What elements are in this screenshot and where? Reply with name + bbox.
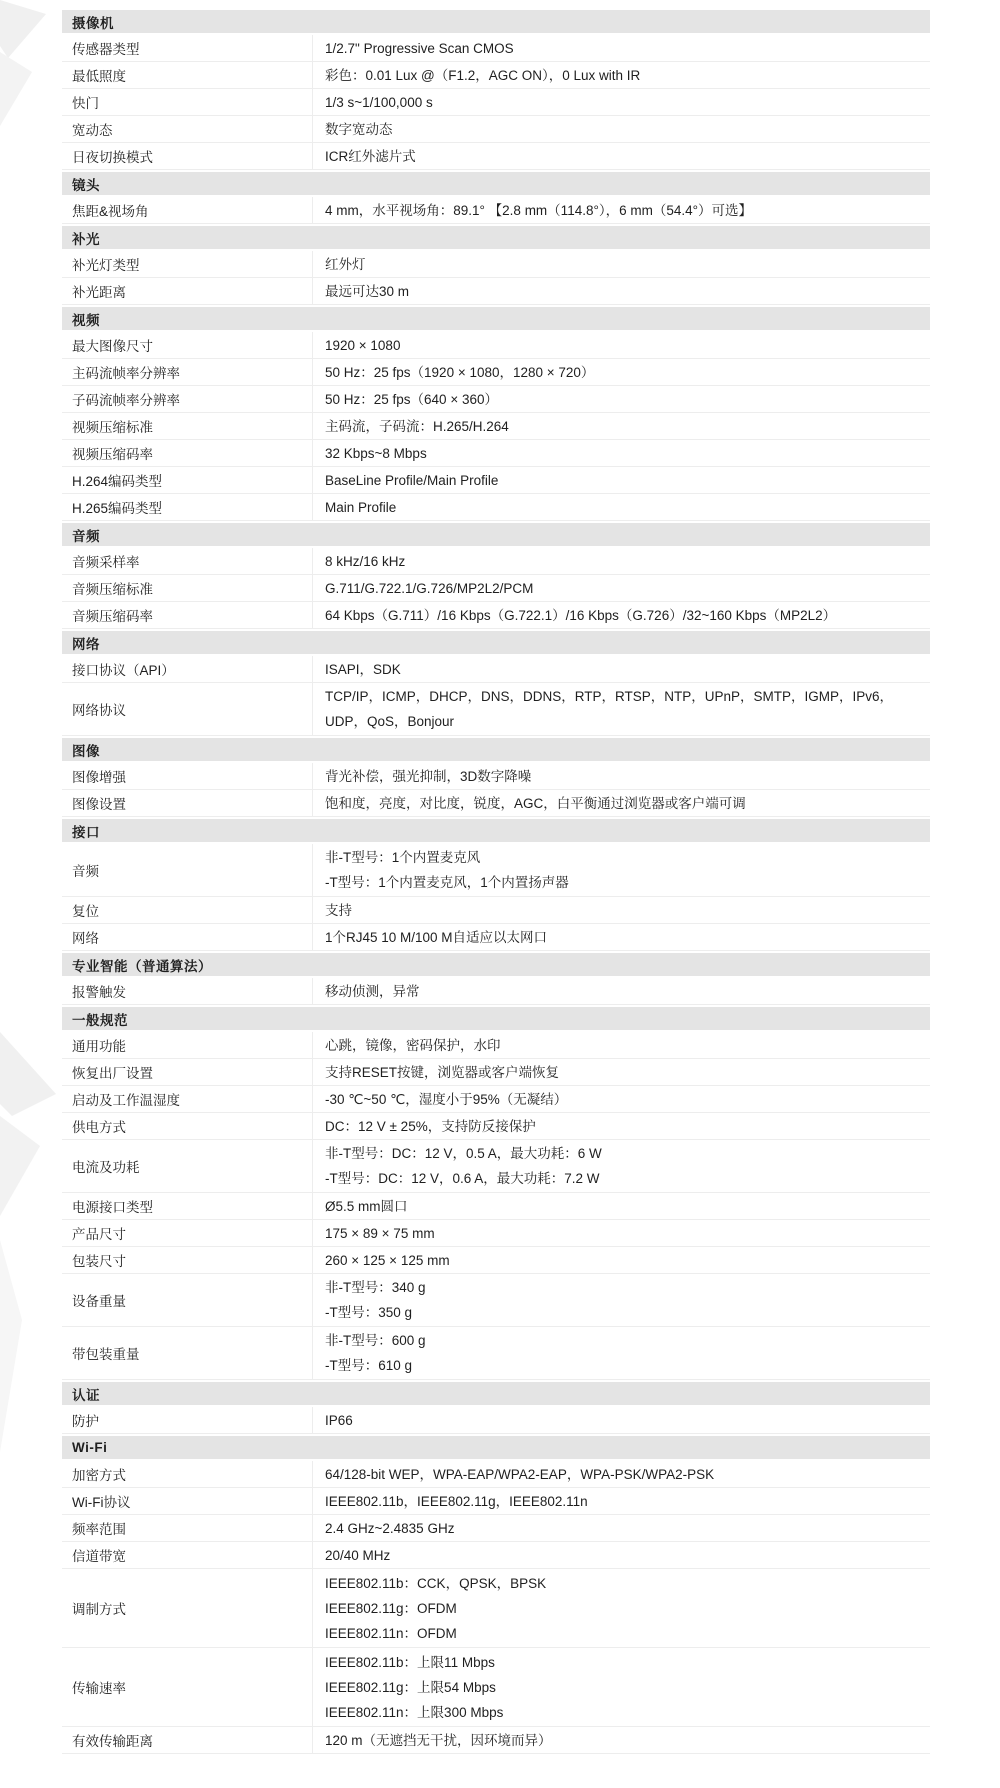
- spec-row: 调制方式IEEE802.11b：CCK，QPSK，BPSKIEEE802.11g…: [62, 1569, 930, 1648]
- spec-label: 图像增强: [62, 763, 313, 789]
- spec-value: 饱和度，亮度，对比度，锐度，AGC，白平衡通过浏览器或客户端可调: [313, 790, 930, 816]
- spec-value-line: -T型号：350 g: [325, 1300, 918, 1325]
- spec-value: 120 m（无遮挡无干扰，因环境而异）: [313, 1727, 930, 1753]
- spec-value-line: IEEE802.11g：上限54 Mbps: [325, 1675, 918, 1700]
- spec-label: 补光距离: [62, 278, 313, 304]
- spec-label: 频率范围: [62, 1515, 313, 1541]
- section-header: 一般规范: [62, 1007, 930, 1030]
- spec-label: 子码流帧率分辨率: [62, 386, 313, 412]
- spec-value: 64/128-bit WEP，WPA-EAP/WPA2-EAP，WPA-PSK/…: [313, 1461, 930, 1487]
- spec-value-line: ICR红外滤片式: [325, 144, 918, 169]
- spec-value-line: 非-T型号：340 g: [325, 1275, 918, 1300]
- spec-label: 音频: [62, 844, 313, 896]
- spec-value: Ø5.5 mm圆口: [313, 1193, 930, 1219]
- spec-row: 宽动态数字宽动态: [62, 116, 930, 143]
- spec-value-line: Ø5.5 mm圆口: [325, 1194, 918, 1219]
- spec-value: 1/3 s~1/100,000 s: [313, 89, 930, 115]
- spec-label: 音频压缩标准: [62, 575, 313, 601]
- spec-row: 设备重量非-T型号：340 g-T型号：350 g: [62, 1274, 930, 1327]
- spec-value-line: 4 mm，水平视场角：89.1° 【2.8 mm（114.8°），6 mm（54…: [325, 198, 918, 223]
- spec-value: Main Profile: [313, 494, 930, 520]
- section-header: 认证: [62, 1382, 930, 1405]
- spec-label: 传输速率: [62, 1648, 313, 1726]
- spec-row: 接口协议（API）ISAPI，SDK: [62, 656, 930, 683]
- spec-label: Wi-Fi协议: [62, 1488, 313, 1514]
- spec-value-line: 红外灯: [325, 252, 918, 277]
- spec-value-line: 64 Kbps（G.711）/16 Kbps（G.722.1）/16 Kbps（…: [325, 603, 918, 628]
- section-header: Wi-Fi: [62, 1436, 930, 1459]
- spec-label: 补光灯类型: [62, 251, 313, 277]
- spec-value: 非-T型号：340 g-T型号：350 g: [313, 1274, 930, 1326]
- spec-value-line: 支持RESET按键，浏览器或客户端恢复: [325, 1060, 918, 1085]
- spec-value: 1/2.7" Progressive Scan CMOS: [313, 35, 930, 61]
- spec-value: IEEE802.11b：上限11 MbpsIEEE802.11g：上限54 Mb…: [313, 1648, 930, 1726]
- spec-value: 175 × 89 × 75 mm: [313, 1220, 930, 1246]
- spec-row: 视频压缩码率32 Kbps~8 Mbps: [62, 440, 930, 467]
- spec-value-line: Main Profile: [325, 495, 918, 520]
- spec-value-line: 8 kHz/16 kHz: [325, 549, 918, 574]
- spec-value: 1个RJ45 10 M/100 M自适应以太网口: [313, 924, 930, 950]
- spec-row: 主码流帧率分辨率50 Hz：25 fps（1920 × 1080，1280 × …: [62, 359, 930, 386]
- spec-value: IP66: [313, 1407, 930, 1433]
- spec-value-line: 非-T型号：600 g: [325, 1328, 918, 1353]
- spec-value-line: 背光补偿，强光抑制，3D数字降噪: [325, 764, 918, 789]
- spec-value: TCP/IP，ICMP，DHCP，DNS，DDNS，RTP，RTSP，NTP，U…: [313, 683, 930, 735]
- spec-value: 非-T型号：600 g-T型号：610 g: [313, 1327, 930, 1379]
- spec-label: 最低照度: [62, 62, 313, 88]
- spec-value-line: 支持: [325, 898, 918, 923]
- spec-value: 64 Kbps（G.711）/16 Kbps（G.722.1）/16 Kbps（…: [313, 602, 930, 628]
- spec-row: 恢复出厂设置支持RESET按键，浏览器或客户端恢复: [62, 1059, 930, 1086]
- spec-row: 音频压缩码率64 Kbps（G.711）/16 Kbps（G.722.1）/16…: [62, 602, 930, 629]
- section-header: 视频: [62, 307, 930, 330]
- spec-value-line: IEEE802.11n：OFDM: [325, 1621, 918, 1646]
- spec-value-line: 2.4 GHz~2.4835 GHz: [325, 1516, 918, 1541]
- spec-value-line: 心跳，镜像，密码保护，水印: [325, 1033, 918, 1058]
- spec-label: 报警触发: [62, 978, 313, 1004]
- spec-row: 补光灯类型红外灯: [62, 251, 930, 278]
- spec-row: 包装尺寸260 × 125 × 125 mm: [62, 1247, 930, 1274]
- spec-row: 防护IP66: [62, 1407, 930, 1434]
- section-header: 音频: [62, 523, 930, 546]
- spec-label: 启动及工作温湿度: [62, 1086, 313, 1112]
- section-header: 网络: [62, 631, 930, 654]
- spec-label: 日夜切换模式: [62, 143, 313, 169]
- spec-value: -30 ℃~50 ℃，湿度小于95%（无凝结）: [313, 1086, 930, 1112]
- spec-row: 通用功能心跳，镜像，密码保护，水印: [62, 1032, 930, 1059]
- spec-label: 信道带宽: [62, 1542, 313, 1568]
- spec-row: 最低照度彩色：0.01 Lux @（F1.2，AGC ON），0 Lux wit…: [62, 62, 930, 89]
- spec-label: 音频压缩码率: [62, 602, 313, 628]
- spec-value-line: 50 Hz：25 fps（1920 × 1080，1280 × 720）: [325, 360, 918, 385]
- spec-row: 音频压缩标准G.711/G.722.1/G.726/MP2L2/PCM: [62, 575, 930, 602]
- spec-value: G.711/G.722.1/G.726/MP2L2/PCM: [313, 575, 930, 601]
- spec-value-line: IEEE802.11g：OFDM: [325, 1596, 918, 1621]
- spec-row: 产品尺寸175 × 89 × 75 mm: [62, 1220, 930, 1247]
- spec-label: 加密方式: [62, 1461, 313, 1487]
- spec-value: DC：12 V ± 25%，支持防反接保护: [313, 1113, 930, 1139]
- spec-value-line: 非-T型号：DC：12 V，0.5 A，最大功耗：6 W: [325, 1141, 918, 1166]
- spec-value-line: -T型号：610 g: [325, 1353, 918, 1378]
- spec-value: 支持RESET按键，浏览器或客户端恢复: [313, 1059, 930, 1085]
- spec-label: 音频采样率: [62, 548, 313, 574]
- spec-row: 网络1个RJ45 10 M/100 M自适应以太网口: [62, 924, 930, 951]
- spec-value-line: 32 Kbps~8 Mbps: [325, 441, 918, 466]
- spec-label: 防护: [62, 1407, 313, 1433]
- spec-value: 数字宽动态: [313, 116, 930, 142]
- spec-value: 20/40 MHz: [313, 1542, 930, 1568]
- spec-value-line: TCP/IP，ICMP，DHCP，DNS，DDNS，RTP，RTSP，NTP，U…: [325, 684, 918, 709]
- spec-label: 宽动态: [62, 116, 313, 142]
- spec-label: 供电方式: [62, 1113, 313, 1139]
- section-header: 补光: [62, 226, 930, 249]
- spec-row: 图像设置饱和度，亮度，对比度，锐度，AGC，白平衡通过浏览器或客户端可调: [62, 790, 930, 817]
- spec-label: 电流及功耗: [62, 1140, 313, 1192]
- spec-value: 红外灯: [313, 251, 930, 277]
- spec-value-line: 20/40 MHz: [325, 1543, 918, 1568]
- spec-value-line: 64/128-bit WEP，WPA-EAP/WPA2-EAP，WPA-PSK/…: [325, 1462, 918, 1487]
- spec-row: Wi-Fi协议IEEE802.11b，IEEE802.11g，IEEE802.1…: [62, 1488, 930, 1515]
- spec-row: 音频采样率8 kHz/16 kHz: [62, 548, 930, 575]
- spec-row: 音频非-T型号：1个内置麦克风-T型号：1个内置麦克风，1个内置扬声器: [62, 844, 930, 897]
- spec-value: 4 mm，水平视场角：89.1° 【2.8 mm（114.8°），6 mm（54…: [313, 197, 930, 223]
- spec-row: 带包装重量非-T型号：600 g-T型号：610 g: [62, 1327, 930, 1380]
- spec-value: 移动侦测，异常: [313, 978, 930, 1004]
- spec-value: 1920 × 1080: [313, 332, 930, 358]
- spec-label: H.264编码类型: [62, 467, 313, 493]
- spec-value-line: 1/3 s~1/100,000 s: [325, 90, 918, 115]
- spec-label: 网络: [62, 924, 313, 950]
- spec-value-line: 175 × 89 × 75 mm: [325, 1221, 918, 1246]
- spec-table: 摄像机传感器类型1/2.7" Progressive Scan CMOS最低照度…: [62, 8, 930, 1754]
- spec-label: 传感器类型: [62, 35, 313, 61]
- spec-value: 彩色：0.01 Lux @（F1.2，AGC ON），0 Lux with IR: [313, 62, 930, 88]
- spec-row: 电源接口类型Ø5.5 mm圆口: [62, 1193, 930, 1220]
- spec-value: 8 kHz/16 kHz: [313, 548, 930, 574]
- spec-value-line: UDP，QoS，Bonjour: [325, 709, 918, 734]
- spec-value-line: IEEE802.11b：CCK，QPSK，BPSK: [325, 1571, 918, 1596]
- spec-value-line: IP66: [325, 1408, 918, 1433]
- spec-row: 补光距离最远可达30 m: [62, 278, 930, 305]
- spec-label: 图像设置: [62, 790, 313, 816]
- spec-label: 快门: [62, 89, 313, 115]
- spec-label: 包装尺寸: [62, 1247, 313, 1273]
- spec-value-line: 非-T型号：1个内置麦克风: [325, 845, 918, 870]
- spec-value: 最远可达30 m: [313, 278, 930, 304]
- spec-row: 报警触发移动侦测，异常: [62, 978, 930, 1005]
- spec-value-line: -30 ℃~50 ℃，湿度小于95%（无凝结）: [325, 1087, 918, 1112]
- spec-value-line: G.711/G.722.1/G.726/MP2L2/PCM: [325, 576, 918, 601]
- spec-label: 设备重量: [62, 1274, 313, 1326]
- spec-label: 视频压缩标准: [62, 413, 313, 439]
- section-header: 接口: [62, 819, 930, 842]
- spec-value-line: 120 m（无遮挡无干扰，因环境而异）: [325, 1728, 918, 1753]
- spec-row: 传输速率IEEE802.11b：上限11 MbpsIEEE802.11g：上限5…: [62, 1648, 930, 1727]
- spec-value: 32 Kbps~8 Mbps: [313, 440, 930, 466]
- spec-value-line: 主码流，子码流：H.265/H.264: [325, 414, 918, 439]
- spec-value: 非-T型号：1个内置麦克风-T型号：1个内置麦克风，1个内置扬声器: [313, 844, 930, 896]
- spec-row: 焦距&视场角4 mm，水平视场角：89.1° 【2.8 mm（114.8°），6…: [62, 197, 930, 224]
- spec-value-line: -T型号：1个内置麦克风，1个内置扬声器: [325, 870, 918, 895]
- spec-label: 调制方式: [62, 1569, 313, 1647]
- spec-row: 有效传输距离120 m（无遮挡无干扰，因环境而异）: [62, 1727, 930, 1754]
- spec-label: 焦距&视场角: [62, 197, 313, 223]
- section-header: 镜头: [62, 172, 930, 195]
- spec-row: 最大图像尺寸1920 × 1080: [62, 332, 930, 359]
- spec-row: H.265编码类型Main Profile: [62, 494, 930, 521]
- spec-value: ISAPI，SDK: [313, 656, 930, 682]
- spec-row: 图像增强背光补偿，强光抑制，3D数字降噪: [62, 763, 930, 790]
- spec-row: 复位支持: [62, 897, 930, 924]
- section-header: 摄像机: [62, 10, 930, 33]
- spec-row: 快门1/3 s~1/100,000 s: [62, 89, 930, 116]
- spec-value: 支持: [313, 897, 930, 923]
- spec-value-line: -T型号：DC：12 V，0.6 A，最大功耗：7.2 W: [325, 1166, 918, 1191]
- spec-row: 信道带宽20/40 MHz: [62, 1542, 930, 1569]
- spec-value-line: IEEE802.11n：上限300 Mbps: [325, 1700, 918, 1725]
- spec-label: 带包装重量: [62, 1327, 313, 1379]
- spec-value-line: BaseLine Profile/Main Profile: [325, 468, 918, 493]
- spec-row: 加密方式64/128-bit WEP，WPA-EAP/WPA2-EAP，WPA-…: [62, 1461, 930, 1488]
- spec-value: IEEE802.11b，IEEE802.11g，IEEE802.11n: [313, 1488, 930, 1514]
- spec-label: 最大图像尺寸: [62, 332, 313, 358]
- section-header: 专业智能（普通算法）: [62, 953, 930, 976]
- spec-value: 50 Hz：25 fps（1920 × 1080，1280 × 720）: [313, 359, 930, 385]
- section-header: 图像: [62, 738, 930, 761]
- spec-label: 视频压缩码率: [62, 440, 313, 466]
- spec-value-line: IEEE802.11b：上限11 Mbps: [325, 1650, 918, 1675]
- spec-value-line: 50 Hz：25 fps（640 × 360）: [325, 387, 918, 412]
- spec-label: 恢复出厂设置: [62, 1059, 313, 1085]
- spec-value-line: 彩色：0.01 Lux @（F1.2，AGC ON），0 Lux with IR: [325, 63, 918, 88]
- spec-row: 频率范围2.4 GHz~2.4835 GHz: [62, 1515, 930, 1542]
- spec-row: 供电方式DC：12 V ± 25%，支持防反接保护: [62, 1113, 930, 1140]
- spec-page: 摄像机传感器类型1/2.7" Progressive Scan CMOS最低照度…: [0, 0, 1000, 1788]
- spec-value-line: 饱和度，亮度，对比度，锐度，AGC，白平衡通过浏览器或客户端可调: [325, 791, 918, 816]
- spec-row: 子码流帧率分辨率50 Hz：25 fps（640 × 360）: [62, 386, 930, 413]
- spec-label: 通用功能: [62, 1032, 313, 1058]
- spec-value: 50 Hz：25 fps（640 × 360）: [313, 386, 930, 412]
- spec-value: 非-T型号：DC：12 V，0.5 A，最大功耗：6 W-T型号：DC：12 V…: [313, 1140, 930, 1192]
- spec-value: 2.4 GHz~2.4835 GHz: [313, 1515, 930, 1541]
- spec-value-line: 数字宽动态: [325, 117, 918, 142]
- spec-row: 传感器类型1/2.7" Progressive Scan CMOS: [62, 35, 930, 62]
- spec-value-line: 1/2.7" Progressive Scan CMOS: [325, 36, 918, 61]
- spec-label: 电源接口类型: [62, 1193, 313, 1219]
- spec-value: ICR红外滤片式: [313, 143, 930, 169]
- spec-value: IEEE802.11b：CCK，QPSK，BPSKIEEE802.11g：OFD…: [313, 1569, 930, 1647]
- spec-row: 日夜切换模式ICR红外滤片式: [62, 143, 930, 170]
- spec-value-line: 1个RJ45 10 M/100 M自适应以太网口: [325, 925, 918, 950]
- spec-value: 背光补偿，强光抑制，3D数字降噪: [313, 763, 930, 789]
- spec-value-line: 移动侦测，异常: [325, 979, 918, 1004]
- spec-value-line: ISAPI，SDK: [325, 657, 918, 682]
- spec-value: 260 × 125 × 125 mm: [313, 1247, 930, 1273]
- spec-value-line: 1920 × 1080: [325, 333, 918, 358]
- spec-label: 主码流帧率分辨率: [62, 359, 313, 385]
- spec-label: H.265编码类型: [62, 494, 313, 520]
- spec-value: 主码流，子码流：H.265/H.264: [313, 413, 930, 439]
- spec-label: 接口协议（API）: [62, 656, 313, 682]
- spec-value: 心跳，镜像，密码保护，水印: [313, 1032, 930, 1058]
- spec-label: 复位: [62, 897, 313, 923]
- spec-row: 启动及工作温湿度-30 ℃~50 ℃，湿度小于95%（无凝结）: [62, 1086, 930, 1113]
- spec-label: 网络协议: [62, 683, 313, 735]
- spec-row: H.264编码类型BaseLine Profile/Main Profile: [62, 467, 930, 494]
- spec-row: 视频压缩标准主码流，子码流：H.265/H.264: [62, 413, 930, 440]
- spec-value-line: IEEE802.11b，IEEE802.11g，IEEE802.11n: [325, 1489, 918, 1514]
- spec-label: 产品尺寸: [62, 1220, 313, 1246]
- spec-value-line: 最远可达30 m: [325, 279, 918, 304]
- spec-row: 网络协议TCP/IP，ICMP，DHCP，DNS，DDNS，RTP，RTSP，N…: [62, 683, 930, 736]
- spec-value-line: DC：12 V ± 25%，支持防反接保护: [325, 1114, 918, 1139]
- spec-label: 有效传输距离: [62, 1727, 313, 1753]
- spec-value: BaseLine Profile/Main Profile: [313, 467, 930, 493]
- spec-row: 电流及功耗非-T型号：DC：12 V，0.5 A，最大功耗：6 W-T型号：DC…: [62, 1140, 930, 1193]
- spec-value-line: 260 × 125 × 125 mm: [325, 1248, 918, 1273]
